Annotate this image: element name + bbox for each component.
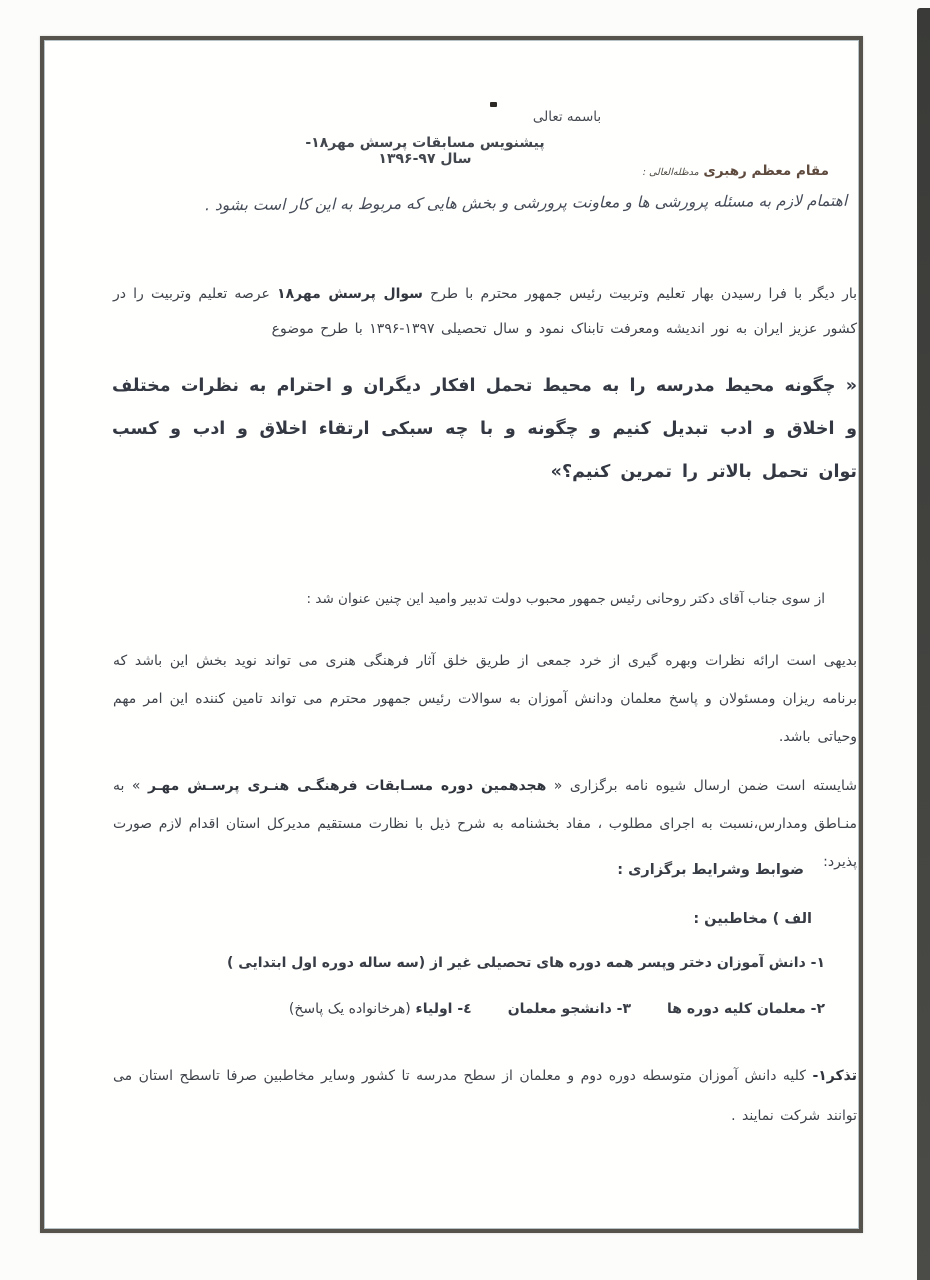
note-paragraph: تذکر۱- کلیه دانش آموزان متوسطه دوره دوم … [113,1056,857,1136]
scanned-document-page: باسمه تعالی پیشنویس مسابقات پرسش مهر۱۸- … [0,0,930,1280]
note-text: کلیه دانش آموزان متوسطه دوره دوم و معلما… [113,1068,857,1124]
audience-item-4-note: (هرخانواده یک پاسخ) [289,1001,411,1017]
leader-heading: مقام معظم رهبری مدظله‌العالی : [643,163,829,179]
audience-item-3: ۳- دانشجو معلمان [508,1001,631,1017]
porsesh-mehr-18-bold: سوال پرسش مهر۱۸ [277,286,423,302]
leader-honorific: مدظله‌العالی : [643,167,699,178]
question-quote: « چگونه محیط مدرسه را به محیط تحمل افکار… [112,365,857,494]
contest-title-bold: هجدهمین دوره مسـابقات فرهنگـی هنـری پرسـ… [148,778,546,794]
scan-edge-shadow [917,8,930,1280]
basmala-text: باسمه تعالی [467,109,667,125]
intro-paragraph: بار دیگر با فرا رسیدن بهار تعلیم وتربیت … [113,277,857,347]
handwritten-note: اهتمام لازم به مسئله پرورشی ها و معاونت … [205,192,847,214]
audience-item-1: ۱- دانش آموزان دختر وپسر همه دوره های تح… [227,955,825,971]
leader-title: مقام معظم رهبری [699,163,829,179]
audience-item-2: ۲- معلمان کلیه دوره ها [667,1001,825,1017]
rationale-paragraph: بدیهی است ارائه نظرات وبهره گیری از خرد … [113,642,857,756]
directive-text-start: شایسته است ضمن ارسال شیوه نامه برگزاری « [546,778,857,794]
document-frame: باسمه تعالی پیشنویس مسابقات پرسش مهر۱۸- … [40,36,863,1233]
document-title: پیشنویس مسابقات پرسش مهر۱۸- سال ۹۷-۱۳۹۶ [300,135,550,167]
audience-items-row: ۲- معلمان کلیه دوره ها ۳- دانشجو معلمان … [289,1001,825,1017]
audience-item-4: ٤- اولیاء (هرخانواده یک پاسخ) [289,1001,472,1017]
president-line: از سوی جناب آقای دکتر روحانی رئیس جمهور … [307,591,825,607]
intro-text-start: بار دیگر با فرا رسیدن بهار تعلیم وتربیت … [423,286,857,302]
note-label: تذکر۱- [812,1068,857,1084]
audience-item-4-label: ٤- اولیاء [411,1001,472,1017]
ink-dot [490,102,497,107]
audience-heading: الف ) مخاطبین : [693,911,812,927]
rules-heading: ضوابط وشرایط برگزاری : [617,862,804,878]
